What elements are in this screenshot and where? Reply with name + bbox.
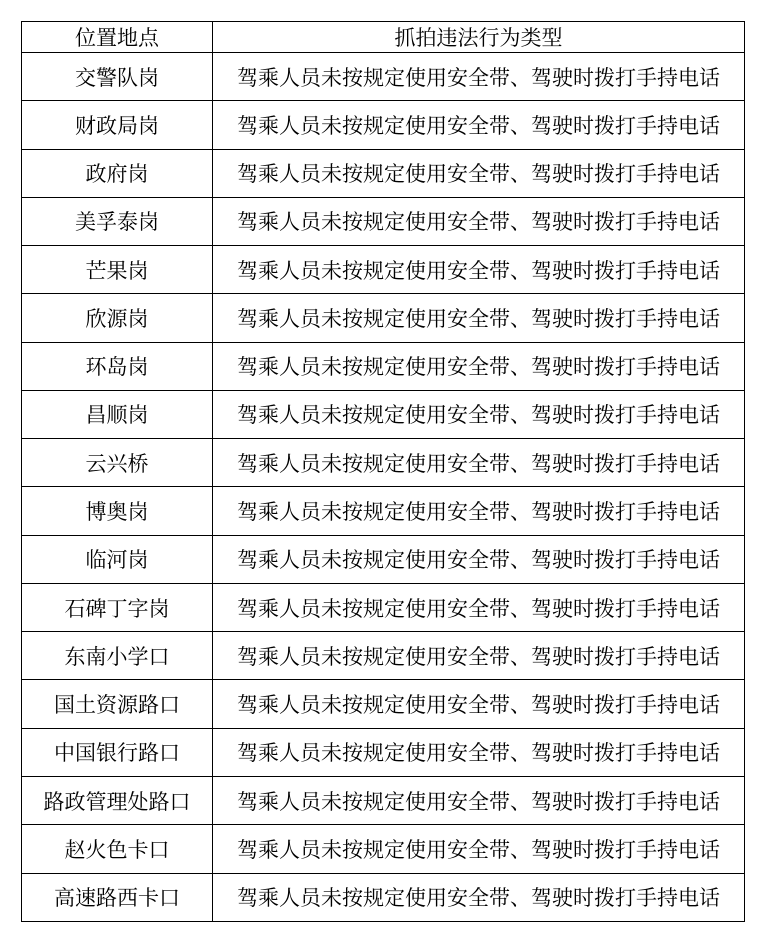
table-row: 博奥岗 驾乘人员未按规定使用安全带、驾驶时拨打手持电话	[22, 487, 745, 535]
location-cell: 云兴桥	[22, 439, 213, 487]
table-row: 石碑丁字岗 驾乘人员未按规定使用安全带、驾驶时拨打手持电话	[22, 583, 745, 631]
header-violation-type: 抓拍违法行为类型	[213, 22, 745, 53]
document-page: 位置地点 抓拍违法行为类型 交警队岗 驾乘人员未按规定使用安全带、驾驶时拨打手持…	[0, 0, 765, 944]
location-cell: 临河岗	[22, 535, 213, 583]
table-row: 芒果岗 驾乘人员未按规定使用安全带、驾驶时拨打手持电话	[22, 246, 745, 294]
location-cell: 财政局岗	[22, 101, 213, 149]
location-cell: 昌顺岗	[22, 390, 213, 438]
violation-cell: 驾乘人员未按规定使用安全带、驾驶时拨打手持电话	[213, 342, 745, 390]
violation-capture-table: 位置地点 抓拍违法行为类型 交警队岗 驾乘人员未按规定使用安全带、驾驶时拨打手持…	[21, 21, 745, 922]
violation-cell: 驾乘人员未按规定使用安全带、驾驶时拨打手持电话	[213, 680, 745, 728]
violation-cell: 驾乘人员未按规定使用安全带、驾驶时拨打手持电话	[213, 535, 745, 583]
location-cell: 国土资源路口	[22, 680, 213, 728]
violation-cell: 驾乘人员未按规定使用安全带、驾驶时拨打手持电话	[213, 632, 745, 680]
violation-cell: 驾乘人员未按规定使用安全带、驾驶时拨打手持电话	[213, 149, 745, 197]
location-cell: 政府岗	[22, 149, 213, 197]
location-cell: 博奥岗	[22, 487, 213, 535]
location-cell: 赵火色卡口	[22, 825, 213, 873]
table-row: 中国银行路口 驾乘人员未按规定使用安全带、驾驶时拨打手持电话	[22, 728, 745, 776]
table-row: 东南小学口 驾乘人员未按规定使用安全带、驾驶时拨打手持电话	[22, 632, 745, 680]
location-cell: 芒果岗	[22, 246, 213, 294]
table-row: 政府岗 驾乘人员未按规定使用安全带、驾驶时拨打手持电话	[22, 149, 745, 197]
violation-cell: 驾乘人员未按规定使用安全带、驾驶时拨打手持电话	[213, 101, 745, 149]
violation-cell: 驾乘人员未按规定使用安全带、驾驶时拨打手持电话	[213, 825, 745, 873]
violation-cell: 驾乘人员未按规定使用安全带、驾驶时拨打手持电话	[213, 390, 745, 438]
location-cell: 中国银行路口	[22, 728, 213, 776]
header-location: 位置地点	[22, 22, 213, 53]
table-row: 路政管理处路口 驾乘人员未按规定使用安全带、驾驶时拨打手持电话	[22, 776, 745, 824]
violation-cell: 驾乘人员未按规定使用安全带、驾驶时拨打手持电话	[213, 873, 745, 921]
table-row: 环岛岗 驾乘人员未按规定使用安全带、驾驶时拨打手持电话	[22, 342, 745, 390]
violation-cell: 驾乘人员未按规定使用安全带、驾驶时拨打手持电话	[213, 583, 745, 631]
location-cell: 美孚泰岗	[22, 197, 213, 245]
table-header-row: 位置地点 抓拍违法行为类型	[22, 22, 745, 53]
table-row: 交警队岗 驾乘人员未按规定使用安全带、驾驶时拨打手持电话	[22, 53, 745, 101]
table-row: 国土资源路口 驾乘人员未按规定使用安全带、驾驶时拨打手持电话	[22, 680, 745, 728]
location-cell: 欣源岗	[22, 294, 213, 342]
table-row: 赵火色卡口 驾乘人员未按规定使用安全带、驾驶时拨打手持电话	[22, 825, 745, 873]
violation-cell: 驾乘人员未按规定使用安全带、驾驶时拨打手持电话	[213, 776, 745, 824]
location-cell: 东南小学口	[22, 632, 213, 680]
location-cell: 路政管理处路口	[22, 776, 213, 824]
table-row: 欣源岗 驾乘人员未按规定使用安全带、驾驶时拨打手持电话	[22, 294, 745, 342]
violation-cell: 驾乘人员未按规定使用安全带、驾驶时拨打手持电话	[213, 246, 745, 294]
location-cell: 高速路西卡口	[22, 873, 213, 921]
violation-cell: 驾乘人员未按规定使用安全带、驾驶时拨打手持电话	[213, 53, 745, 101]
violation-cell: 驾乘人员未按规定使用安全带、驾驶时拨打手持电话	[213, 439, 745, 487]
location-cell: 石碑丁字岗	[22, 583, 213, 631]
violation-cell: 驾乘人员未按规定使用安全带、驾驶时拨打手持电话	[213, 728, 745, 776]
violation-cell: 驾乘人员未按规定使用安全带、驾驶时拨打手持电话	[213, 294, 745, 342]
violation-cell: 驾乘人员未按规定使用安全带、驾驶时拨打手持电话	[213, 487, 745, 535]
table-row: 高速路西卡口 驾乘人员未按规定使用安全带、驾驶时拨打手持电话	[22, 873, 745, 921]
violation-cell: 驾乘人员未按规定使用安全带、驾驶时拨打手持电话	[213, 197, 745, 245]
table-row: 临河岗 驾乘人员未按规定使用安全带、驾驶时拨打手持电话	[22, 535, 745, 583]
table-row: 财政局岗 驾乘人员未按规定使用安全带、驾驶时拨打手持电话	[22, 101, 745, 149]
table-row: 昌顺岗 驾乘人员未按规定使用安全带、驾驶时拨打手持电话	[22, 390, 745, 438]
table-row: 云兴桥 驾乘人员未按规定使用安全带、驾驶时拨打手持电话	[22, 439, 745, 487]
location-cell: 交警队岗	[22, 53, 213, 101]
location-cell: 环岛岗	[22, 342, 213, 390]
table-row: 美孚泰岗 驾乘人员未按规定使用安全带、驾驶时拨打手持电话	[22, 197, 745, 245]
